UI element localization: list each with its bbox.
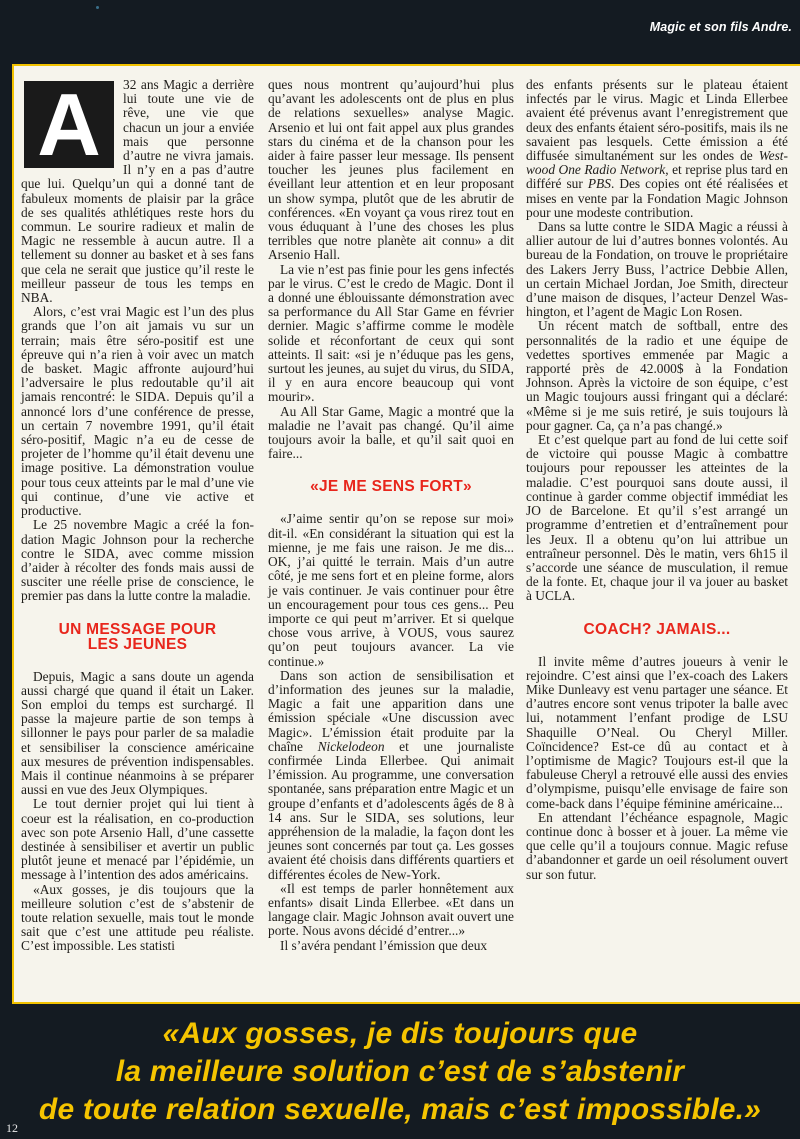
pull-quote-line: la meilleure solution c’est de s’absteni…: [0, 1053, 800, 1091]
subheading: UN MESSAGE POUR LES JEUNES: [51, 622, 224, 652]
paragraph: Le 25 novembre Magic a créé la fon­datio…: [21, 518, 254, 603]
pull-quote: «Aux gosses, je dis toujours que la meil…: [0, 1015, 800, 1129]
paragraph: Depuis, Magic a sans doute un agen­da au…: [21, 670, 254, 798]
paragraph: Dans son action de sensibilisation et d’…: [268, 669, 514, 882]
paragraph: Au All Star Game, Magic a montré que la …: [268, 405, 514, 462]
paragraph: des enfants présents sur le plateau étai…: [526, 78, 788, 220]
paragraph: «J’aime sentir qu’on se repose sur moi» …: [268, 512, 514, 668]
subheading: «JE ME SENS FORT»: [268, 479, 514, 494]
text-run: des enfants présents sur le plateau étai…: [526, 77, 788, 163]
article-column-2: ques nous montrent qu’aujourd’hui plus q…: [268, 78, 514, 953]
paragraph: Et c’est quelque part au fond de lui cet…: [526, 433, 788, 603]
background-speck: [96, 6, 99, 9]
channel-name: Nickelodeon: [318, 739, 385, 754]
text-run: et une journaliste confirmée Linda Eller…: [268, 739, 514, 882]
paragraph: Il invite même d’autres joueurs à venir …: [526, 655, 788, 811]
paragraph: Dans sa lutte contre le SIDA Magic a réu…: [526, 220, 788, 319]
paragraph: Alors, c’est vrai Magic est l’un des plu…: [21, 305, 254, 518]
network-name: PBS: [588, 176, 611, 191]
paragraph: «Aux gosses, je dis toujours que la meil…: [21, 883, 254, 954]
drop-cap: A: [24, 81, 114, 168]
paragraph: Le tout dernier projet qui lui tient à c…: [21, 797, 254, 882]
photo-caption: Magic et son fils Andre.: [650, 20, 792, 34]
article-column-3: des enfants présents sur le plateau étai…: [526, 78, 788, 882]
article-column-1: A 32 ans Magic a der­rière lui toute une…: [21, 78, 254, 954]
paragraph: La vie n’est pas finie pour les gens inf…: [268, 263, 514, 405]
pull-quote-line: «Aux gosses, je dis toujours que: [0, 1015, 800, 1053]
subheading: COACH? JAMAIS...: [526, 622, 788, 637]
paragraph: ques nous montrent qu’aujourd’hui plus q…: [268, 78, 514, 263]
paragraph: En attendant l’échéance espagnole, Magic…: [526, 811, 788, 882]
paragraph: Il s’avéra pendant l’émission que deux: [268, 939, 514, 953]
page-number: 12: [6, 1121, 18, 1136]
paragraph: «Il est temps de parler honnêtement aux …: [268, 882, 514, 939]
article-panel: A 32 ans Magic a der­rière lui toute une…: [12, 64, 800, 1004]
pull-quote-line: de toute relation sexuelle, mais c’est i…: [0, 1091, 800, 1129]
paragraph: Un récent match de softball, entre des p…: [526, 319, 788, 433]
